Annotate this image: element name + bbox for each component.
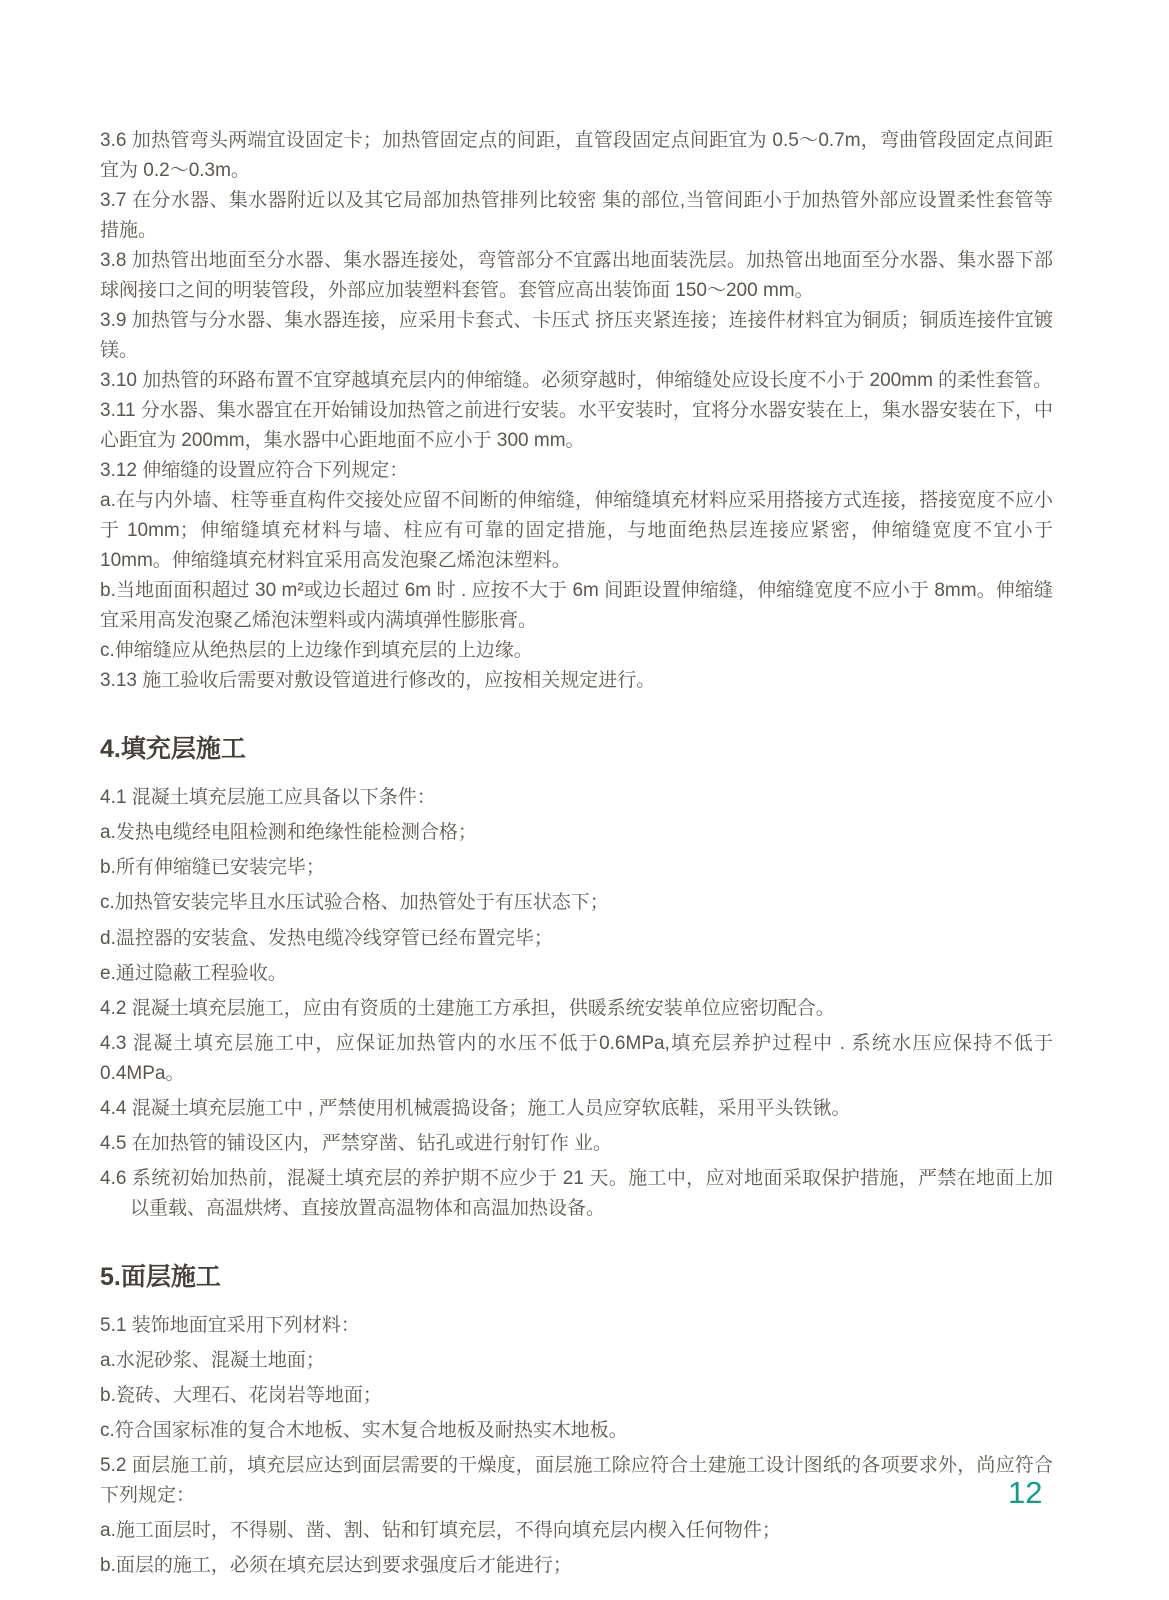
section-4-clauses: 4.1 混凝土填充层施工应具备以下条件： a.发热电缆经电阻检测和绝缘性能检测合… [100, 783, 1053, 1224]
clause-3-9: 3.9 加热管与分水器、集水器连接，应采用卡套式、卡压式 挤压夹紧连接；连接件材… [100, 306, 1053, 366]
clause-4-3: 4.3 混凝土填充层施工中，应保证加热管内的水压不低于0.6MPa,填充层养护过… [100, 1029, 1053, 1089]
clause-5-1-c: c.符合国家标准的复合木地板、实木复合地板及耐热实木地板。 [100, 1416, 1053, 1446]
clause-4-1-e: e.通过隐蔽工程验收。 [100, 959, 1053, 989]
clause-3-10: 3.10 加热管的环路布置不宜穿越填充层内的伸缩缝。必须穿越时，伸缩缝处应设长度… [100, 366, 1053, 396]
clause-4-5: 4.5 在加热管的铺设区内，严禁穿凿、钻孔或进行射钉作 业。 [100, 1129, 1053, 1159]
clause-3-6: 3.6 加热管弯头两端宜设固定卡；加热管固定点的间距，直管段固定点间距宜为 0.… [100, 126, 1053, 186]
clause-4-1-c: c.加热管安装完毕且水压试验合格、加热管处于有压状态下； [100, 888, 1053, 918]
clause-3-11: 3.11 分水器、集水器宜在开始铺设加热管之前进行安装。水平安装时，宜将分水器安… [100, 396, 1053, 456]
clause-5-1: 5.1 装饰地面宜采用下列材料： [100, 1311, 1053, 1341]
clause-3-13: 3.13 施工验收后需要对敷设管道进行修改的，应按相关规定进行。 [100, 666, 1053, 696]
clause-3-12: 3.12 伸缩缝的设置应符合下列规定： [100, 456, 1053, 486]
clause-4-2: 4.2 混凝土填充层施工，应由有资质的土建施工方承担，供暖系统安装单位应密切配合… [100, 994, 1053, 1024]
clause-3-8: 3.8 加热管出地面至分水器、集水器连接处，弯管部分不宜露出地面装洗层。加热管出… [100, 246, 1053, 306]
clause-3-12-a: a.在与内外墙、柱等垂直构件交接处应留不间断的伸缩缝，伸缩缝填充材料应采用搭接方… [100, 486, 1053, 576]
clause-5-1-a: a.水泥砂浆、混凝土地面； [100, 1346, 1053, 1376]
section-5-clauses: 5.1 装饰地面宜采用下列材料： a.水泥砂浆、混凝土地面； b.瓷砖、大理石、… [100, 1311, 1053, 1581]
clause-3-12-b: b.当地面面积超过 30 m²或边长超过 6m 时 . 应按不大于 6m 间距设… [100, 576, 1053, 636]
page-number: 12 [1008, 1476, 1042, 1510]
clause-4-6: 4.6 系统初始加热前，混凝土填充层的养护期不应少于 21 天。施工中，应对地面… [100, 1164, 1053, 1224]
clause-3-12-c: c.伸缩缝应从绝热层的上边缘作到填充层的上边缘。 [100, 636, 1053, 666]
clause-5-2-a: a.施工面层时，不得剔、凿、割、钻和钉填充层，不得向填充层内楔入任何物件； [100, 1516, 1053, 1546]
clause-4-1: 4.1 混凝土填充层施工应具备以下条件： [100, 783, 1053, 813]
clause-4-1-a: a.发热电缆经电阻检测和绝缘性能检测合格； [100, 818, 1053, 848]
section-5-heading: 5.面层施工 [100, 1260, 1053, 1294]
clause-4-1-d: d.温控器的安装盒、发热电缆冷线穿管已经布置完毕； [100, 924, 1053, 954]
clause-4-1-b: b.所有伸缩缝已安装完毕； [100, 853, 1053, 883]
document-content: 3.6 加热管弯头两端宜设固定卡；加热管固定点的间距，直管段固定点间距宜为 0.… [100, 126, 1053, 1586]
clause-4-4: 4.4 混凝土填充层施工中 , 严禁使用机械震捣设备；施工人员应穿软底鞋，采用平… [100, 1094, 1053, 1124]
clause-5-2: 5.2 面层施工前，填充层应达到面层需要的干燥度，面层施工除应符合土建施工设计图… [100, 1451, 1053, 1511]
clause-5-1-b: b.瓷砖、大理石、花岗岩等地面； [100, 1381, 1053, 1411]
document-page: 3.6 加热管弯头两端宜设固定卡；加热管固定点的间距，直管段固定点间距宜为 0.… [0, 0, 1169, 1600]
clause-5-2-b: b.面层的施工，必须在填充层达到要求强度后才能进行； [100, 1551, 1053, 1581]
section-4-heading: 4.填充层施工 [100, 732, 1053, 766]
clause-3-7: 3.7 在分水器、集水器附近以及其它局部加热管排列比较密 集的部位,当管间距小于… [100, 186, 1053, 246]
section-3-clauses: 3.6 加热管弯头两端宜设固定卡；加热管固定点的间距，直管段固定点间距宜为 0.… [100, 126, 1053, 696]
